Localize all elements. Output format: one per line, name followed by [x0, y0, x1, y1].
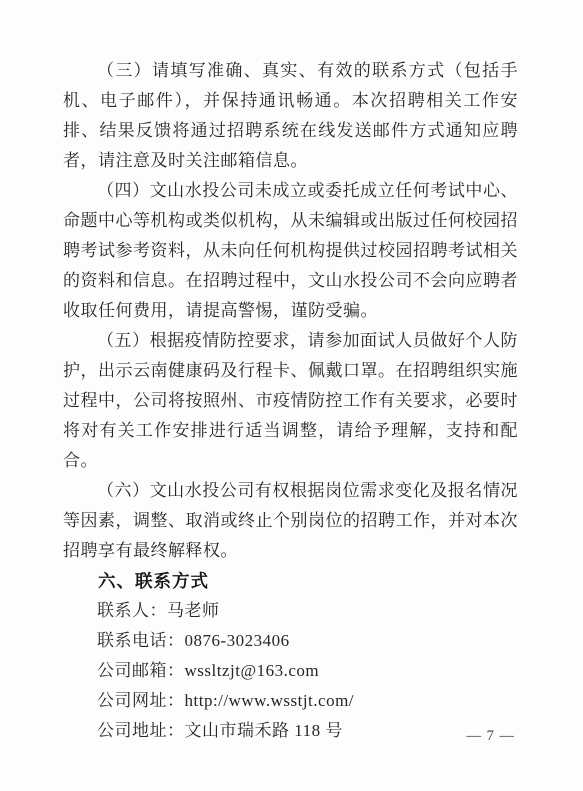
contact-person-line: 联系人：马老师: [63, 596, 518, 626]
paragraph-item-4: （四）文山水投公司未成立或委托成立任何考试中心、命题中心等机构或类似机构，从未编…: [63, 176, 518, 326]
paragraph-item-3: （三）请填写准确、真实、有效的联系方式（包括手机、电子邮件），并保持通讯畅通。本…: [63, 56, 518, 176]
contact-email-line: 公司邮箱：wssltzjt@163.com: [63, 656, 518, 686]
section-heading-contact: 六、联系方式: [63, 566, 518, 596]
contact-address-line: 公司地址：文山市瑞禾路 118 号: [63, 716, 518, 746]
paragraph-item-5: （五）根据疫情防控要求，请参加面试人员做好个人防护，出示云南健康码及行程卡、佩戴…: [63, 326, 518, 476]
contact-phone-line: 联系电话：0876-3023406: [63, 626, 518, 656]
document-page: （三）请填写准确、真实、有效的联系方式（包括手机、电子邮件），并保持通讯畅通。本…: [0, 0, 583, 791]
document-text-block: （三）请填写准确、真实、有效的联系方式（包括手机、电子邮件），并保持通讯畅通。本…: [63, 56, 518, 746]
paragraph-item-6: （六）文山水投公司有权根据岗位需求变化及报名情况等因素，调整、取消或终止个别岗位…: [63, 476, 518, 566]
page-number: — 7 —: [467, 728, 516, 745]
contact-website-line: 公司网址：http://www.wsstjt.com/: [63, 686, 518, 716]
